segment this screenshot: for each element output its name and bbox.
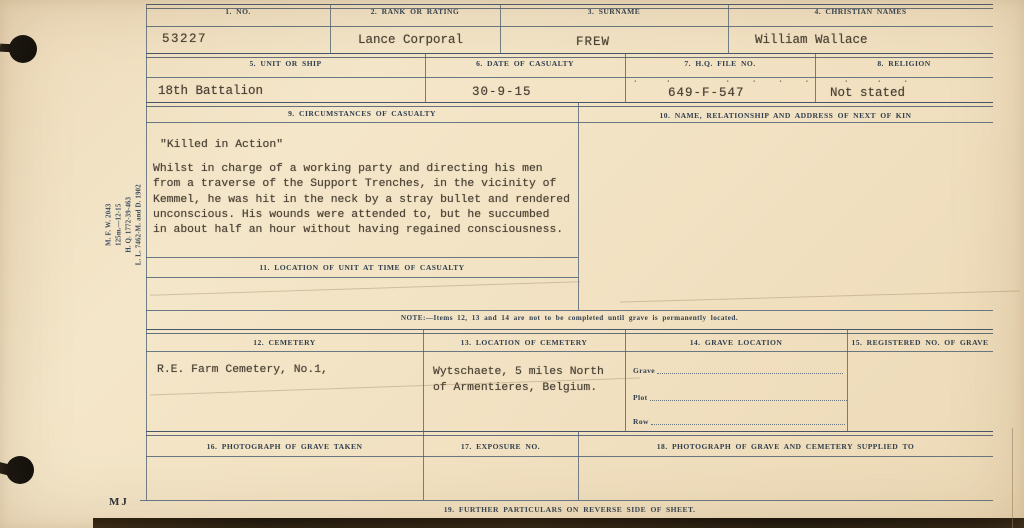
field-grave-location-label: 14. GRAVE LOCATION	[625, 338, 847, 347]
field-no-label: 1. NO.	[146, 7, 330, 16]
field-next-of-kin-label: 10. NAME, RELATIONSHIP AND ADDRESS OF NE…	[578, 111, 993, 120]
divider	[146, 122, 993, 123]
printers-code-stamp: M. F. W. 2043 125m.—12-15 H. Q. 1772-39-…	[104, 139, 143, 311]
field-cemetery-label: 12. CEMETERY	[146, 338, 423, 347]
field-no-value: 53227	[162, 32, 207, 46]
field-christian-names-label: 4. CHRISTIAN NAMES	[728, 7, 993, 16]
field-registered-no-label: 15. REGISTERED NO. OF GRAVE	[847, 338, 993, 347]
paper-edge	[1012, 428, 1013, 528]
divider	[146, 4, 147, 501]
field-cemetery-location-label: 13. LOCATION OF CEMETERY	[423, 338, 625, 347]
field-circumstances-label: 9. CIRCUMSTANCES OF CASUALTY	[146, 109, 578, 118]
divider	[146, 351, 993, 352]
divider	[146, 53, 993, 58]
grave-line: Grave	[633, 366, 843, 375]
printers-code-line: L. L. 7462-M. and D. 1902	[134, 139, 144, 311]
divider	[146, 456, 993, 457]
initials-stamp: MJ	[109, 496, 129, 508]
divider	[578, 103, 579, 310]
circumstances-quote: "Killed in Action"	[160, 139, 283, 151]
divider	[146, 102, 993, 107]
printers-code-line: M. F. W. 2043	[104, 139, 114, 311]
field-surname-value: FREW	[576, 35, 610, 49]
divider	[146, 277, 578, 278]
field-christian-names-value: William Wallace	[755, 33, 868, 47]
field-date-value: 30-9-15	[472, 85, 532, 99]
divider	[146, 329, 993, 334]
dotted-leader	[650, 400, 847, 401]
field-religion-value: Not stated	[830, 86, 905, 100]
field-hq-file-value: 649-F-547	[668, 86, 745, 100]
hole-punch-tail	[0, 44, 15, 53]
plot-line-label: Plot	[633, 393, 648, 402]
field-exposure-label: 17. EXPOSURE NO.	[423, 442, 578, 451]
stray-typed-dots: . . .	[843, 74, 909, 86]
printers-code-line: 125m.—12-15	[114, 139, 124, 311]
field-unit-location-label: 11. LOCATION OF UNIT AT TIME OF CASUALTY	[146, 263, 578, 272]
stray-typed-dots: . . . . . .	[632, 74, 810, 86]
field-photo-supplied-label: 18. PHOTOGRAPH OF GRAVE AND CEMETERY SUP…	[578, 442, 993, 451]
scan-edge-strip	[93, 518, 1024, 528]
dotted-leader	[657, 373, 843, 374]
plot-line: Plot	[633, 393, 847, 402]
field-photo-taken-label: 16. PHOTOGRAPH OF GRAVE TAKEN	[146, 442, 423, 451]
field-surname-label: 3. SURNAME	[500, 7, 728, 16]
circumstances-body: Whilst in charge of a working party and …	[153, 162, 570, 238]
scratch-mark	[150, 281, 580, 296]
divider	[146, 257, 578, 258]
divider	[140, 500, 993, 501]
field-cemetery-value: R.E. Farm Cemetery, No.1,	[157, 364, 328, 376]
grave-line-label: Grave	[633, 366, 655, 375]
field-unit-label: 5. UNIT OR SHIP	[146, 59, 425, 68]
note-line: NOTE:—Items 12, 13 and 14 are not to be …	[146, 314, 993, 322]
printers-code-line: H. Q. 1772-39-463	[124, 139, 134, 311]
divider	[146, 26, 993, 27]
divider	[146, 431, 993, 436]
field-religion-label: 8. RELIGION	[815, 59, 993, 68]
field-further-particulars-label: 19. FURTHER PARTICULARS ON REVERSE SIDE …	[146, 505, 993, 514]
scratch-mark	[620, 290, 1020, 302]
field-hq-file-label: 7. H.Q. FILE NO.	[625, 59, 815, 68]
field-rank-label: 2. RANK OR RATING	[330, 7, 500, 16]
field-date-label: 6. DATE OF CASUALTY	[425, 59, 625, 68]
row-line: Row	[633, 417, 845, 426]
divider	[146, 310, 993, 311]
dotted-leader	[651, 424, 845, 425]
field-rank-value: Lance Corporal	[358, 33, 463, 47]
field-unit-value: 18th Battalion	[158, 84, 263, 98]
casualty-record-card: 1. NO. 2. RANK OR RATING 3. SURNAME 4. C…	[0, 0, 1024, 528]
row-line-label: Row	[633, 417, 649, 426]
